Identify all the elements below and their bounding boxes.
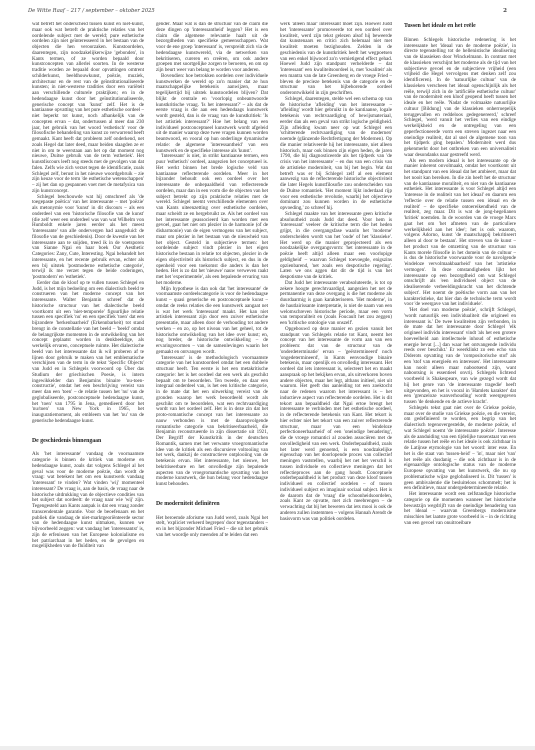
page-bottom-edge (0, 746, 535, 750)
paragraph: Schlegel, daarentegen, stelde wel een sc… (280, 97, 392, 212)
paragraph: Als een modern ideaal is het interessant… (404, 159, 516, 309)
paragraph: gender. Maar wat is dan de structuur van… (156, 22, 268, 74)
paragraph: Dat Judd het interessante verabsoluteerd… (280, 281, 392, 327)
running-title: De Witte Raaf – 217 / september – oktobe… (28, 8, 155, 14)
paragraph: Het beroemde aforisme van Judd werd, zoa… (156, 516, 268, 539)
paragraph: Bovendien: hoe betrokken oordelen over i… (156, 74, 268, 155)
paragraph: Opgebouwd op deze manier en gezien vanui… (280, 327, 392, 523)
paragraph: Binnen Schlegels historische redenering … (404, 38, 516, 159)
article-body: wat betreft het onderscheid tussen kunst… (32, 22, 517, 742)
paragraph: Eerder dan de kloof op te vullen tussen … (32, 281, 144, 425)
paragraph: 'Interessant' is de methodologisch voorn… (156, 356, 268, 488)
paragraph: Als 'het interessante' vandaag de voorna… (32, 452, 144, 550)
section-heading: De moderniteit definiëren (156, 502, 268, 508)
page-number: 2 (503, 8, 507, 14)
paragraph: wat betreft het onderscheid tussen kunst… (32, 22, 144, 195)
column-2: gender. Maar wat is dan de structuur van… (156, 22, 268, 742)
section-heading: De geschiedenis binnengaan (32, 439, 144, 445)
column-3: werk 'alleen maar' interessant moet zijn… (280, 22, 392, 742)
paragraph: 'Het doel van moderne poëzie', schrijft … (404, 308, 516, 406)
running-header: De Witte Raaf – 217 / september – oktobe… (28, 8, 507, 18)
paragraph: Schlegel beschouwde wat hij omschreef al… (32, 195, 144, 281)
column-4: Tussen het ideale en het reëleBinnen Sch… (404, 22, 516, 742)
paragraph: Mijn hypothese is dan ook dat 'het inter… (156, 287, 268, 356)
paragraph: 'Interessant' is niet, in strikt kantiaa… (156, 154, 268, 286)
paragraph: Schlegels tekst gaat niet over de Grieks… (404, 406, 516, 492)
paragraph: werk 'alleen maar' interessant moet zijn… (280, 22, 392, 97)
section-heading: Tussen het ideale en het reële (404, 24, 516, 30)
paragraph: Schlegel maakte van het interessante gee… (280, 212, 392, 281)
paragraph: Het interessante wordt een zelfstandige … (404, 492, 516, 527)
column-1: wat betreft het onderscheid tussen kunst… (32, 22, 144, 742)
